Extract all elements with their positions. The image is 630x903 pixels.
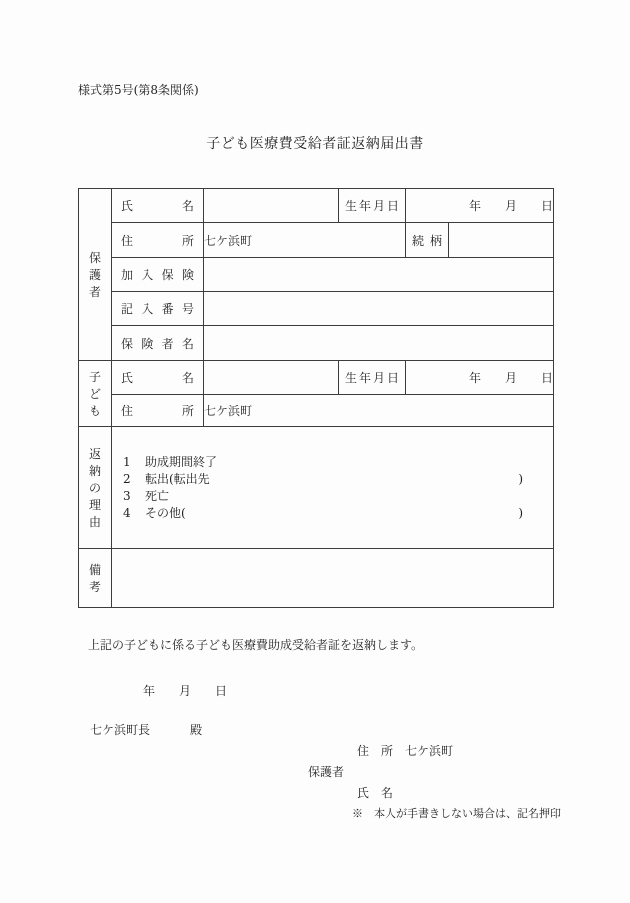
remarks-field [112, 549, 554, 608]
reason-number: 1 [123, 454, 138, 471]
submission-date-line: 年 月 日 [143, 682, 227, 699]
reason-option-3: 3 死亡 [112, 488, 553, 505]
guardian-insurer-field [204, 326, 554, 361]
signature-note: ※ 本人が手書きしない場合は、記名押印 [352, 805, 561, 821]
guardian-section-label: 保護者 [79, 189, 112, 361]
child-name-label: 氏名 [112, 361, 204, 395]
footer-address-label: 住 所 [357, 744, 393, 758]
reason-text: その他( [145, 505, 186, 522]
form-number: 様式第5号(第8条関係) [78, 81, 199, 98]
form-page: 様式第5号(第8条関係) 子ども医療費受給者証返納届出書 保護者 氏名 生年月日… [0, 0, 630, 903]
reason-text: 転出(転出先 [145, 471, 210, 488]
guardian-insurer-label: 保険者名 [112, 326, 204, 361]
child-name-field [204, 361, 339, 395]
reason-paren: ) [518, 505, 523, 522]
footer-address-value: 七ケ浜町 [405, 744, 453, 758]
footer-address-line: 住 所七ケ浜町 [357, 742, 453, 759]
remarks-section-label: 備考 [79, 549, 112, 608]
child-birthdate-field: 年 月 日 [406, 361, 554, 395]
reason-paren: ) [518, 471, 523, 488]
addressee-line: 七ケ浜町長殿 [90, 721, 202, 738]
reason-number: 4 [123, 505, 138, 522]
child-address-label: 住所 [112, 395, 204, 427]
guardian-address-label: 住所 [112, 223, 204, 258]
guardian-address-field: 七ケ浜町 [204, 223, 406, 258]
reason-option-2: 2 転出(転出先 ) [112, 471, 553, 488]
guardian-relation-field [449, 223, 554, 258]
guardian-name-label: 氏名 [112, 189, 204, 223]
reason-text: 死亡 [145, 488, 169, 505]
guardian-name-field [204, 189, 339, 223]
child-birthdate-label: 生年月日 [339, 361, 406, 395]
reason-number: 2 [123, 471, 138, 488]
reason-option-1: 1 助成期間終了 [112, 454, 553, 471]
child-address-field: 七ケ浜町 [204, 395, 554, 427]
guardian-birthdate-field: 年 月 日 [406, 189, 554, 223]
addressee-honorific: 殿 [190, 723, 202, 737]
guardian-insurance-field [204, 258, 554, 292]
reason-options: 1 助成期間終了 2 転出(転出先 ) 3 死亡 [112, 427, 554, 549]
guardian-insurance-label: 加入保険 [112, 258, 204, 292]
child-section-label: 子ども [79, 361, 112, 427]
form-table: 保護者 氏名 生年月日 年 月 日 住所 七ケ浜町 続柄 加入保険 記入番号 [78, 188, 554, 608]
page-title: 子ども医療費受給者証返納届出書 [0, 133, 630, 153]
footer-guardian-label: 保護者 [308, 763, 344, 780]
reason-section-label: 返納の理由 [79, 427, 112, 549]
declaration-text: 上記の子どもに係る子ども医療費助成受給者証を返納します。 [88, 636, 423, 653]
guardian-number-field [204, 292, 554, 326]
guardian-birthdate-label: 生年月日 [339, 189, 406, 223]
reason-option-4: 4 その他( ) [112, 505, 553, 522]
reason-number: 3 [123, 488, 138, 505]
addressee-name: 七ケ浜町長 [90, 723, 150, 737]
guardian-relation-label: 続柄 [406, 223, 449, 258]
guardian-number-label: 記入番号 [112, 292, 204, 326]
footer-name-label: 氏 名 [357, 784, 393, 801]
reason-text: 助成期間終了 [145, 454, 217, 471]
